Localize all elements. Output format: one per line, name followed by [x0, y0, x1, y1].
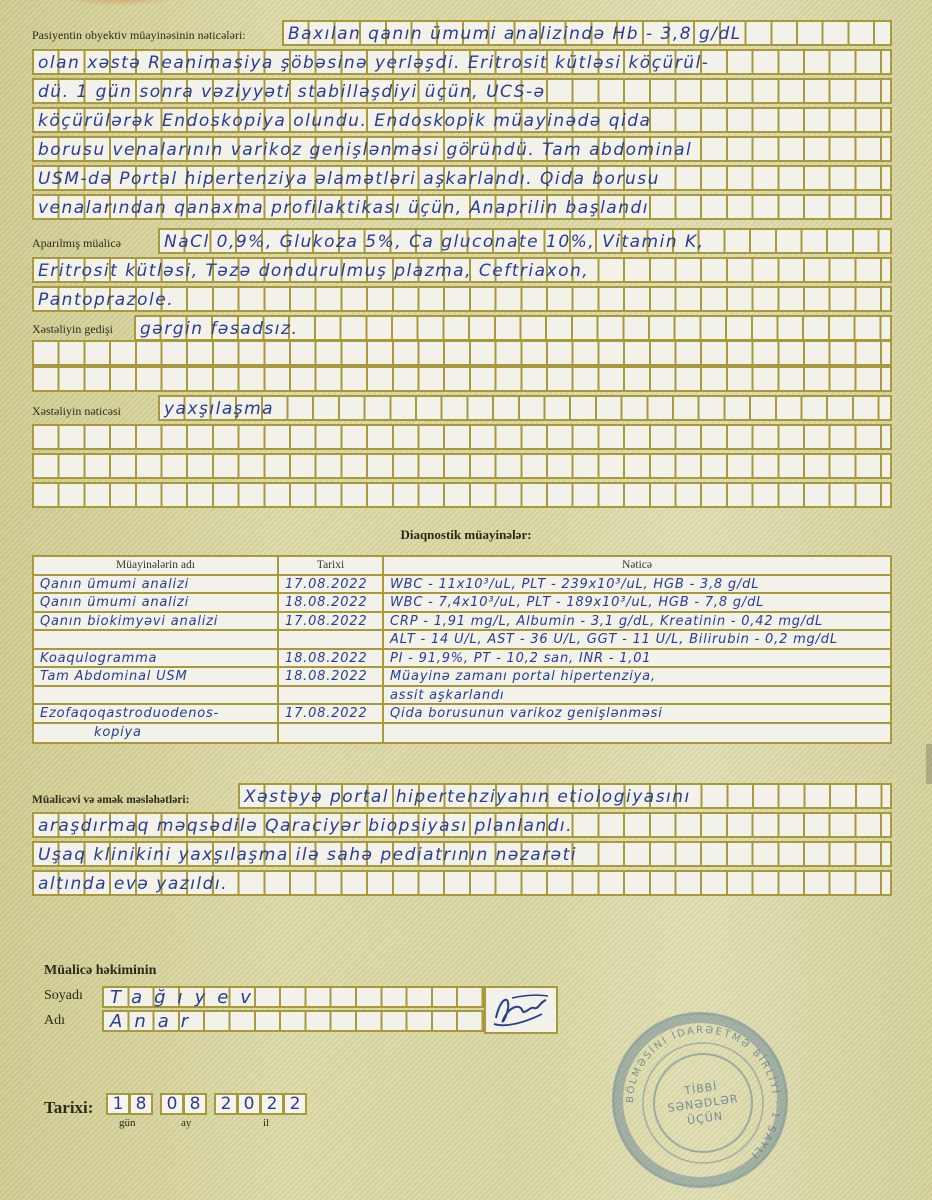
- handwritten-text: köçürülərək Endoskopiya olundu. Endoskop…: [38, 110, 651, 132]
- exam-name-cell[interactable]: kopiya: [34, 724, 279, 743]
- digit: 0: [167, 1094, 178, 1114]
- photo-edge-finger: [60, 0, 180, 6]
- handwritten-text: venalarından qanaxma profilaktikası üçün…: [38, 197, 649, 219]
- recommendations-label: Müalicəvi və əmək məsləhətləri:: [32, 794, 189, 806]
- exam-result-cell[interactable]: assit aşkarlandı: [384, 687, 890, 704]
- handwritten-text: Uşaq klinikini yaxşılaşma ilə sahə pedia…: [38, 844, 577, 866]
- digit: 0: [244, 1094, 255, 1114]
- treatment-line-1[interactable]: NaCl 0,9%, Glukoza 5%, Ca gluconate 10%,…: [158, 228, 892, 254]
- exam-name-cell[interactable]: Ezofaqoqastroduodenos-: [34, 705, 279, 722]
- exam-result-cell[interactable]: WBC - 7,4x10³/uL, PLT - 189x10³/uL, HGB …: [384, 594, 890, 611]
- month-caption: ay: [181, 1117, 191, 1129]
- date-year-digit-1[interactable]: 2: [214, 1093, 238, 1115]
- objective-exam-line-6[interactable]: USM-də Portal hipertenziya əlamətləri aş…: [32, 165, 892, 191]
- disease-course-line-1[interactable]: gərgin fəsadsız.: [134, 315, 892, 341]
- disease-outcome-line-4[interactable]: [32, 482, 892, 508]
- disease-course-line-2[interactable]: [32, 340, 892, 366]
- exam-name-cell[interactable]: [34, 687, 279, 704]
- diagnostics-table: Müayinələrin adı Tarixi Nəticə Qanın ümu…: [32, 555, 892, 744]
- digit: 8: [190, 1094, 201, 1114]
- exam-name-cell[interactable]: Qanın ümumi analizi: [34, 576, 279, 593]
- objective-exam-line-2[interactable]: olan xəstə Reanimasiya şöbəsinə yerləşdi…: [32, 49, 892, 75]
- handwritten-text: gərgin fəsadsız.: [140, 318, 298, 340]
- digit: 2: [221, 1094, 232, 1114]
- date-year-digit-4[interactable]: 2: [283, 1093, 307, 1115]
- physician-title: Müalicə həkiminin: [44, 963, 156, 979]
- exam-name-cell[interactable]: Tam Abdominal USM: [34, 668, 279, 685]
- exam-result-cell[interactable]: [384, 724, 890, 743]
- day-caption: gün: [119, 1117, 136, 1129]
- exam-date-cell[interactable]: 17.08.2022: [279, 576, 384, 593]
- table-row: Qanın biokimyəvi analizi 17.08.2022 CRP …: [34, 613, 890, 632]
- signature-icon: [486, 988, 556, 1032]
- year-caption: il: [263, 1117, 269, 1129]
- handwritten-text: yaxşılaşma: [164, 398, 274, 420]
- table-row: Qanın ümumi analizi 17.08.2022 WBC - 11x…: [34, 576, 890, 595]
- objective-exam-line-7[interactable]: venalarından qanaxma profilaktikası üçün…: [32, 194, 892, 220]
- exam-date-cell[interactable]: 18.08.2022: [279, 650, 384, 667]
- exam-date-cell[interactable]: 18.08.2022: [279, 594, 384, 611]
- column-header-result: Nəticə: [384, 557, 890, 574]
- recommendations-line-3[interactable]: Uşaq klinikini yaxşılaşma ilə sahə pedia…: [32, 841, 892, 867]
- handwritten-text: altında evə yazıldı.: [38, 873, 228, 895]
- table-row: Ezofaqoqastroduodenos- 17.08.2022 Qida b…: [34, 705, 890, 724]
- diagnostics-title: Diaqnostik müayinələr:: [0, 527, 932, 543]
- disease-outcome-line-1[interactable]: yaxşılaşma: [158, 395, 892, 421]
- date-month-digit-2[interactable]: 8: [183, 1093, 207, 1115]
- surname-label: Soyadı: [44, 988, 83, 1004]
- handwritten-text: olan xəstə Reanimasiya şöbəsinə yerləşdi…: [38, 52, 709, 74]
- name-label: Adı: [44, 1013, 65, 1029]
- date-day-digit-2[interactable]: 8: [129, 1093, 153, 1115]
- digit: 1: [113, 1094, 124, 1114]
- exam-result-cell[interactable]: CRP - 1,91 mg/L, Albumin - 3,1 g/dL, Kre…: [384, 613, 890, 630]
- table-row: Tam Abdominal USM 18.08.2022 Müayinə zam…: [34, 668, 890, 687]
- treatment-label: Aparılmış müalicə: [32, 236, 121, 251]
- exam-date-cell[interactable]: 17.08.2022: [279, 613, 384, 630]
- column-header-date: Tarixi: [279, 557, 384, 574]
- handwritten-text: dü. 1 gün sonra vəziyyəti stabilləşdiyi …: [38, 81, 546, 103]
- table-row: Koaqulogramma 18.08.2022 PI - 91,9%, PT …: [34, 650, 890, 669]
- exam-name-cell[interactable]: Qanın ümumi analizi: [34, 594, 279, 611]
- treatment-line-2[interactable]: Eritrosit kütləsi, Təzə dondurulmuş plaz…: [32, 257, 892, 283]
- date-year-digit-2[interactable]: 0: [237, 1093, 261, 1115]
- handwritten-text: NaCl 0,9%, Glukoza 5%, Ca gluconate 10%,…: [164, 231, 705, 253]
- handwritten-text: araşdırmaq məqsədilə Qaraciyər biopsiyas…: [38, 815, 573, 837]
- objective-exam-line-1[interactable]: Baxılan qanın ümumi analizində Hb - 3,8 …: [282, 20, 892, 46]
- surname-field[interactable]: Tağıyev: [102, 986, 484, 1008]
- objective-exam-line-4[interactable]: köçürülərək Endoskopiya olundu. Endoskop…: [32, 107, 892, 133]
- digit: 2: [267, 1094, 278, 1114]
- handwritten-text: USM-də Portal hipertenziya əlamətləri aş…: [38, 168, 660, 190]
- date-day-digit-1[interactable]: 1: [106, 1093, 130, 1115]
- recommendations-line-4[interactable]: altında evə yazıldı.: [32, 870, 892, 896]
- exam-result-cell[interactable]: ALT - 14 U/L, AST - 36 U/L, GGT - 11 U/L…: [384, 631, 890, 648]
- exam-name-cell[interactable]: Koaqulogramma: [34, 650, 279, 667]
- table-row: Qanın ümumi analizi 18.08.2022 WBC - 7,4…: [34, 594, 890, 613]
- official-stamp: BÖLMƏSİNİ İDARƏETMƏ BİRLİYİ · 1 SAYLI Tİ…: [612, 1012, 788, 1188]
- disease-outcome-line-3[interactable]: [32, 453, 892, 479]
- disease-course-line-3[interactable]: [32, 366, 892, 392]
- exam-date-cell[interactable]: [279, 724, 384, 743]
- recommendations-line-1[interactable]: Xəstəyə portal hipertenziyanın etiologiy…: [238, 783, 892, 809]
- exam-date-cell[interactable]: [279, 687, 384, 704]
- exam-date-cell[interactable]: [279, 631, 384, 648]
- disease-outcome-label: Xəstəliyin nəticəsi: [32, 404, 121, 419]
- handwritten-text: borusu venalarının varikoz genişlənməsi …: [38, 139, 692, 161]
- date-month-digit-1[interactable]: 0: [160, 1093, 184, 1115]
- handwritten-text: Eritrosit kütləsi, Təzə dondurulmuş plaz…: [38, 260, 589, 282]
- digit: 8: [136, 1094, 147, 1114]
- exam-date-cell[interactable]: 17.08.2022: [279, 705, 384, 722]
- exam-result-cell[interactable]: Qida borusunun varikoz genişlənməsi: [384, 705, 890, 722]
- objective-exam-line-3[interactable]: dü. 1 gün sonra vəziyyəti stabilləşdiyi …: [32, 78, 892, 104]
- objective-exam-label: Pasiyentin obyektiv müayinəsinin nəticəl…: [32, 28, 246, 43]
- table-row: ALT - 14 U/L, AST - 36 U/L, GGT - 11 U/L…: [34, 631, 890, 650]
- handwritten-name: Anar: [110, 1011, 200, 1032]
- handwritten-text: Pantoprazole.: [38, 289, 174, 311]
- date-year-digit-3[interactable]: 2: [260, 1093, 284, 1115]
- table-header: Müayinələrin adı Tarixi Nəticə: [34, 557, 890, 576]
- exam-date-cell[interactable]: 18.08.2022: [279, 668, 384, 685]
- handwritten-text: Xəstəyə portal hipertenziyanın etiologiy…: [244, 786, 691, 808]
- date-label: Tarixi:: [44, 1098, 93, 1118]
- table-row: kopiya: [34, 724, 890, 743]
- handwritten-text: Baxılan qanın ümumi analizində Hb - 3,8 …: [288, 23, 742, 45]
- treatment-line-3[interactable]: Pantoprazole.: [32, 286, 892, 312]
- recommendations-line-2[interactable]: araşdırmaq məqsədilə Qaraciyər biopsiyas…: [32, 812, 892, 838]
- exam-name-cell[interactable]: Qanın biokimyəvi analizi: [34, 613, 279, 630]
- handwritten-surname: Tağıyev: [110, 987, 263, 1008]
- disease-outcome-line-2[interactable]: [32, 424, 892, 450]
- exam-result-cell[interactable]: WBC - 11x10³/uL, PLT - 239x10³/uL, HGB -…: [384, 576, 890, 593]
- exam-result-cell[interactable]: PI - 91,9%, PT - 10,2 san, INR - 1,01: [384, 650, 890, 667]
- signature-field[interactable]: [484, 986, 558, 1034]
- exam-result-cell[interactable]: Müayinə zamanı portal hipertenziya,: [384, 668, 890, 685]
- disease-course-label: Xəstəliyin gedişi: [32, 322, 113, 337]
- objective-exam-line-5[interactable]: borusu venalarının varikoz genişlənməsi …: [32, 136, 892, 162]
- name-field[interactable]: Anar: [102, 1010, 484, 1032]
- digit: 2: [290, 1094, 301, 1114]
- table-row: assit aşkarlandı: [34, 687, 890, 706]
- exam-name-cell[interactable]: [34, 631, 279, 648]
- column-header-name: Müayinələrin adı: [34, 557, 279, 574]
- page-edge-mark: [926, 744, 932, 784]
